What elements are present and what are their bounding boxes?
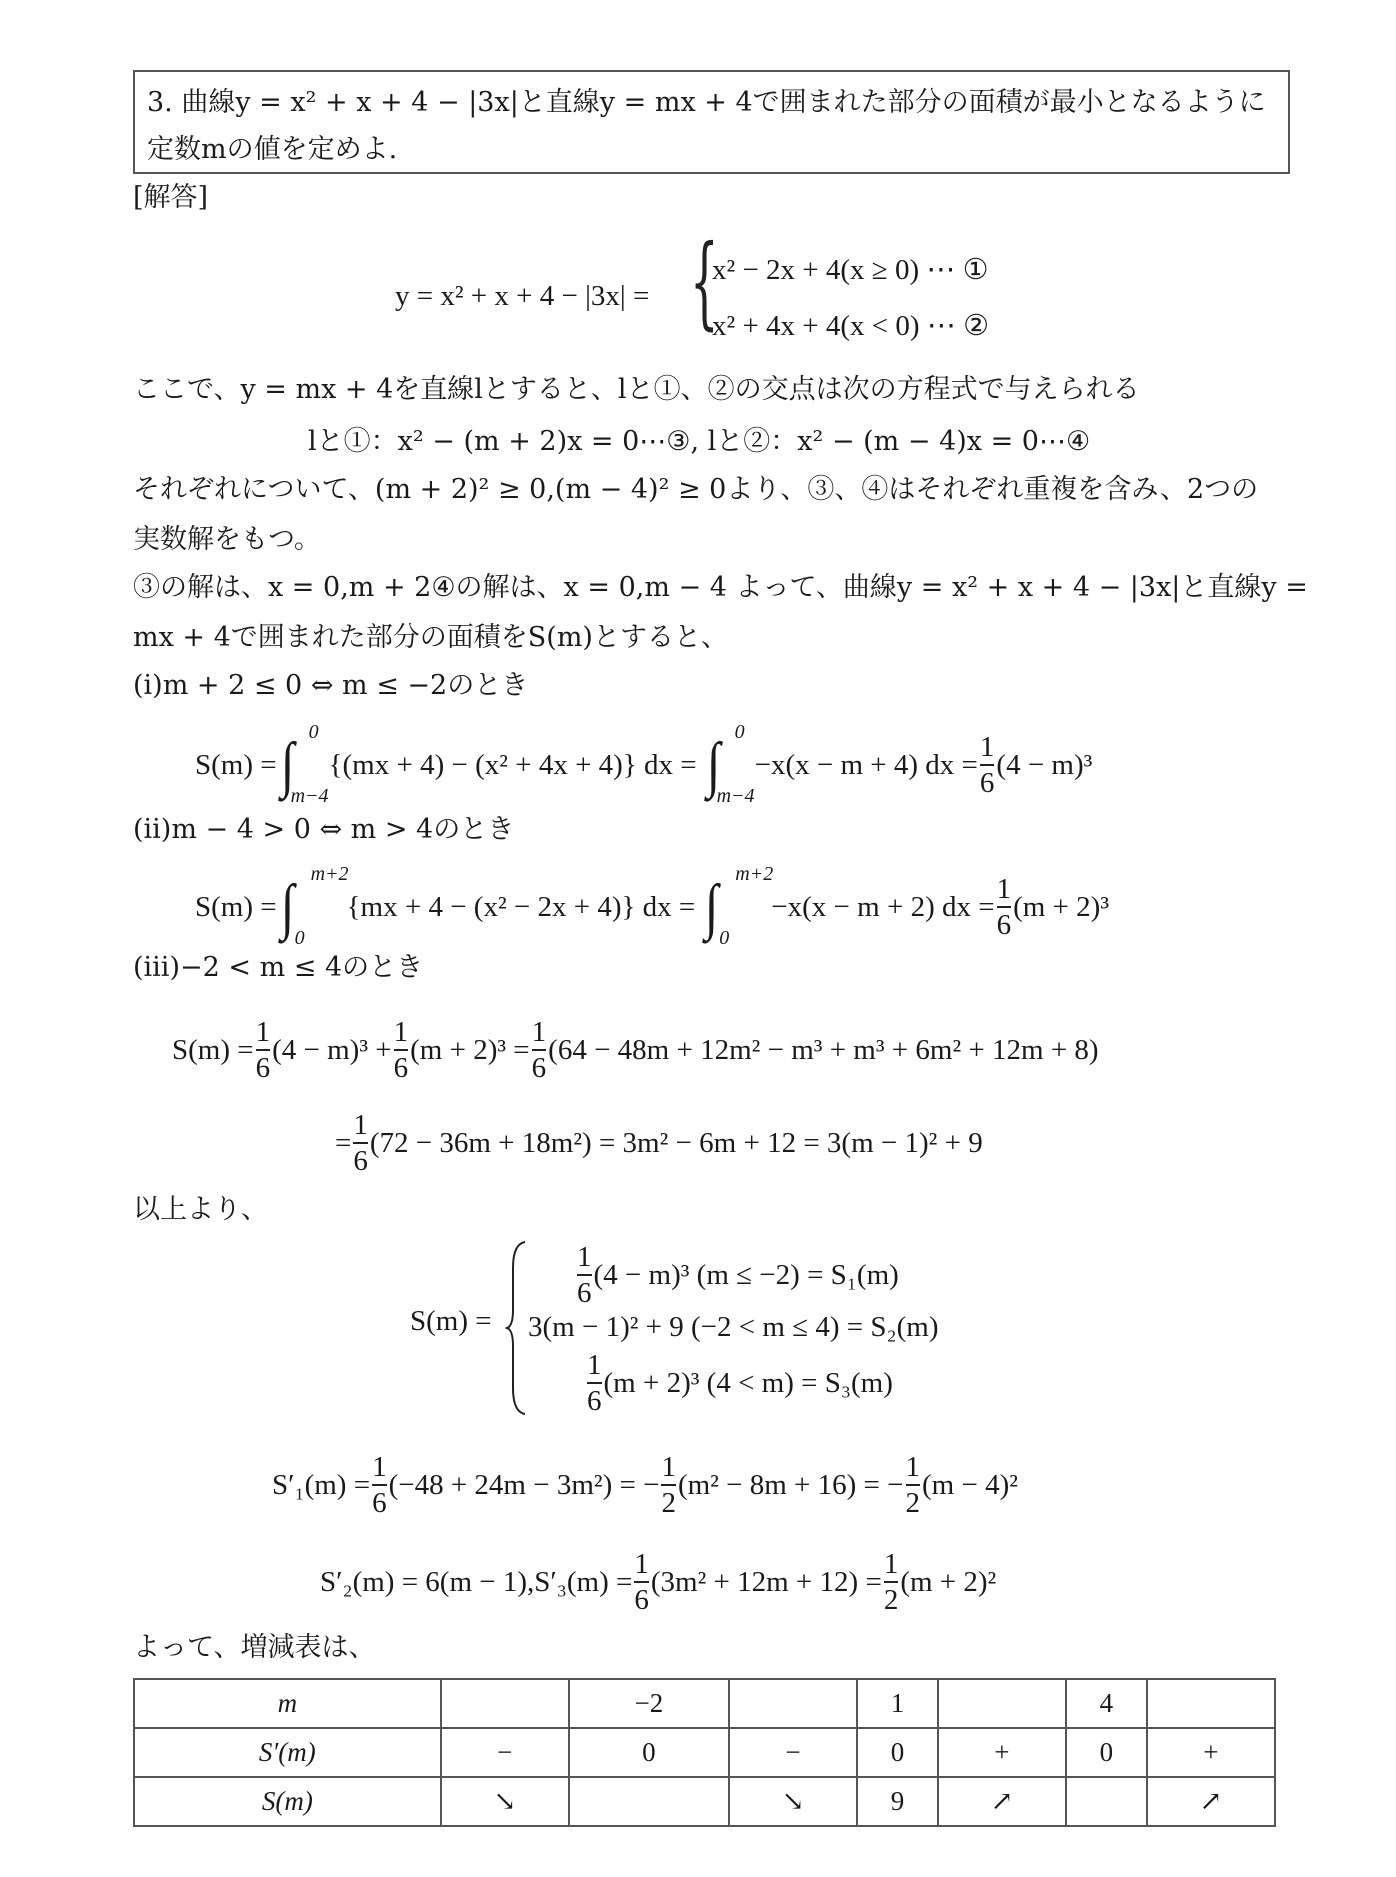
table-cell: 1 <box>857 1679 938 1728</box>
table-cell: 0 <box>569 1728 729 1777</box>
case-iii-formula-line1: S(m) = 16 (4 − m)³ + 16 (m + 2)³ = 16 (6… <box>172 1005 1099 1095</box>
table-cell <box>729 1679 857 1728</box>
table-cell <box>1066 1777 1147 1826</box>
int2-lower: m−4 <box>717 785 755 808</box>
increase-arrow-icon: ↗ <box>938 1777 1066 1826</box>
case-ii-lhs: S(m) = <box>195 891 277 924</box>
case-i-result: (4 − m)³ <box>996 749 1092 782</box>
intersection-equations: lと①：x² − (m + 2)x = 0⋯③, lと②：x² − (m − 4… <box>308 424 1090 460</box>
table-intro: よって、増減表は、 <box>133 1630 375 1666</box>
case-iii-formula-line2: = 16 (72 − 36m + 18m²) = 3m² − 6m + 12 =… <box>335 1098 983 1188</box>
table-cell <box>569 1777 729 1826</box>
case-i-formula: S(m) = ∫ 0m−4 {(mx + 4) − (x² + 4x + 4)}… <box>195 720 1092 810</box>
fraction: 16 <box>980 730 995 800</box>
table-cell: 9 <box>857 1777 938 1826</box>
problem-statement-line2: 定数mの値を定めよ. <box>147 127 397 166</box>
fraction: 16 <box>532 1015 547 1085</box>
table-cell <box>1147 1679 1275 1728</box>
fraction: 16 <box>372 1450 387 1520</box>
table-cell: 0 <box>1066 1728 1147 1777</box>
problem-statement-line1: 3. 曲線y = x² + x + 4 − |3x|と直線y = mx + 4で… <box>147 80 1266 119</box>
table-cell: S(m) <box>134 1777 441 1826</box>
table-cell: −2 <box>569 1679 729 1728</box>
case-ii-result: (m + 2)³ <box>1013 891 1109 924</box>
int1-upper: 0 <box>309 721 319 744</box>
table-row-derivative: S′(m) − 0 − 0 + 0 + <box>134 1728 1275 1777</box>
fraction: 16 <box>997 872 1012 942</box>
table-cell: S′(m) <box>134 1728 441 1777</box>
increase-arrow-icon: ↗ <box>1147 1777 1275 1826</box>
table-cell: 0 <box>857 1728 938 1777</box>
piecewise-y-case2: x² + 4x + 4(x < 0) ⋯ ② <box>712 308 989 343</box>
table-cell: + <box>1147 1728 1275 1777</box>
table-cell: m <box>134 1679 441 1728</box>
table-cell: + <box>938 1728 1066 1777</box>
table-cell: − <box>441 1728 569 1777</box>
piecewise-s-case2: 3(m − 1)² + 9 (−2 < m ≤ 4) = S₂(m) <box>528 1311 939 1344</box>
case-i-int1-body: {(mx + 4) − (x² + 4x + 4)} dx = <box>329 749 697 782</box>
case-ii-heading: (ⅱ)m − 4 > 0 ⇔ m > 4のとき <box>133 812 514 848</box>
case-ii-int2-body: −x(x − m + 2) dx = <box>771 891 994 924</box>
fraction: 16 <box>587 1348 602 1418</box>
case-ii-formula: S(m) = ∫ m+20 {mx + 4 − (x² − 2x + 4)} d… <box>195 862 1109 952</box>
case-iii-heading: (ⅲ)−2 < m ≤ 4のとき <box>133 950 423 986</box>
decrease-arrow-icon: ↘ <box>729 1777 857 1826</box>
piecewise-s-case3: 16 (m + 2)³ (4 < m) = S₃(m) <box>585 1348 893 1418</box>
piecewise-s-lhs: S(m) = <box>410 1305 492 1338</box>
fraction: 16 <box>256 1015 271 1085</box>
table-row-m: m −2 1 4 <box>134 1679 1275 1728</box>
table-cell <box>938 1679 1066 1728</box>
piecewise-y-case1: x² − 2x + 4(x ≥ 0) ⋯ ① <box>712 252 989 287</box>
table-cell: − <box>729 1728 857 1777</box>
case-i-heading: (ⅰ)m + 2 ≤ 0 ⇔ m ≤ −2のとき <box>133 668 528 704</box>
fraction: 16 <box>634 1547 649 1617</box>
case-i-lhs: S(m) = <box>195 749 277 782</box>
solutions-line1: ③の解は、x = 0,m + 2④の解は、x = 0,m − 4 よって、曲線y… <box>133 570 1308 606</box>
discriminant-line2: 実数解をもつ。 <box>133 522 321 558</box>
derivative1-formula: S′₁(m) = 16 (−48 + 24m − 3m²) = − 12 (m²… <box>272 1440 1018 1530</box>
summary-label: 以上より、 <box>133 1192 268 1228</box>
increase-decrease-table: m −2 1 4 S′(m) − 0 − 0 + 0 + S(m) ↘ ↘ 9 … <box>133 1678 1276 1827</box>
discriminant-line1: それぞれについて、(m + 2)² ≥ 0,(m − 4)² ≥ 0より、③、④… <box>133 472 1258 508</box>
fraction: 16 <box>353 1108 368 1178</box>
table-cell: 4 <box>1066 1679 1147 1728</box>
solutions-line2: mx + 4で囲まれた部分の面積をS(m)とすると、 <box>133 620 728 656</box>
int1-lower: m−4 <box>291 785 329 808</box>
problem-box: 3. 曲線y = x² + x + 4 − |3x|と直線y = mx + 4で… <box>133 70 1290 174</box>
int2-upper: 0 <box>735 721 745 744</box>
fraction: 12 <box>906 1450 921 1520</box>
left-brace-large <box>505 1238 519 1418</box>
table-cell <box>441 1679 569 1728</box>
derivative23-formula: S′₂(m) = 6(m − 1),S′₃(m) = 16 (3m² + 12m… <box>320 1537 996 1627</box>
answer-label: [解答] <box>133 180 208 216</box>
fraction: 16 <box>577 1240 592 1310</box>
decrease-arrow-icon: ↘ <box>441 1777 569 1826</box>
fraction: 12 <box>661 1450 676 1520</box>
case-ii-int1-body: {mx + 4 − (x² − 2x + 4)} dx = <box>347 891 696 924</box>
intersection-intro: ここで、y = mx + 4を直線lとすると、lと①、②の交点は次の方程式で与え… <box>133 372 1140 408</box>
piecewise-s-case1: 16 (4 − m)³ (m ≤ −2) = S₁(m) <box>575 1240 899 1310</box>
piecewise-y-lhs: y = x² + x + 4 − |3x| = <box>395 280 649 313</box>
case-i-int2-body: −x(x − m + 4) dx = <box>755 749 978 782</box>
fraction: 16 <box>394 1015 409 1085</box>
table-row-function: S(m) ↘ ↘ 9 ↗ ↗ <box>134 1777 1275 1826</box>
fraction: 12 <box>884 1547 899 1617</box>
